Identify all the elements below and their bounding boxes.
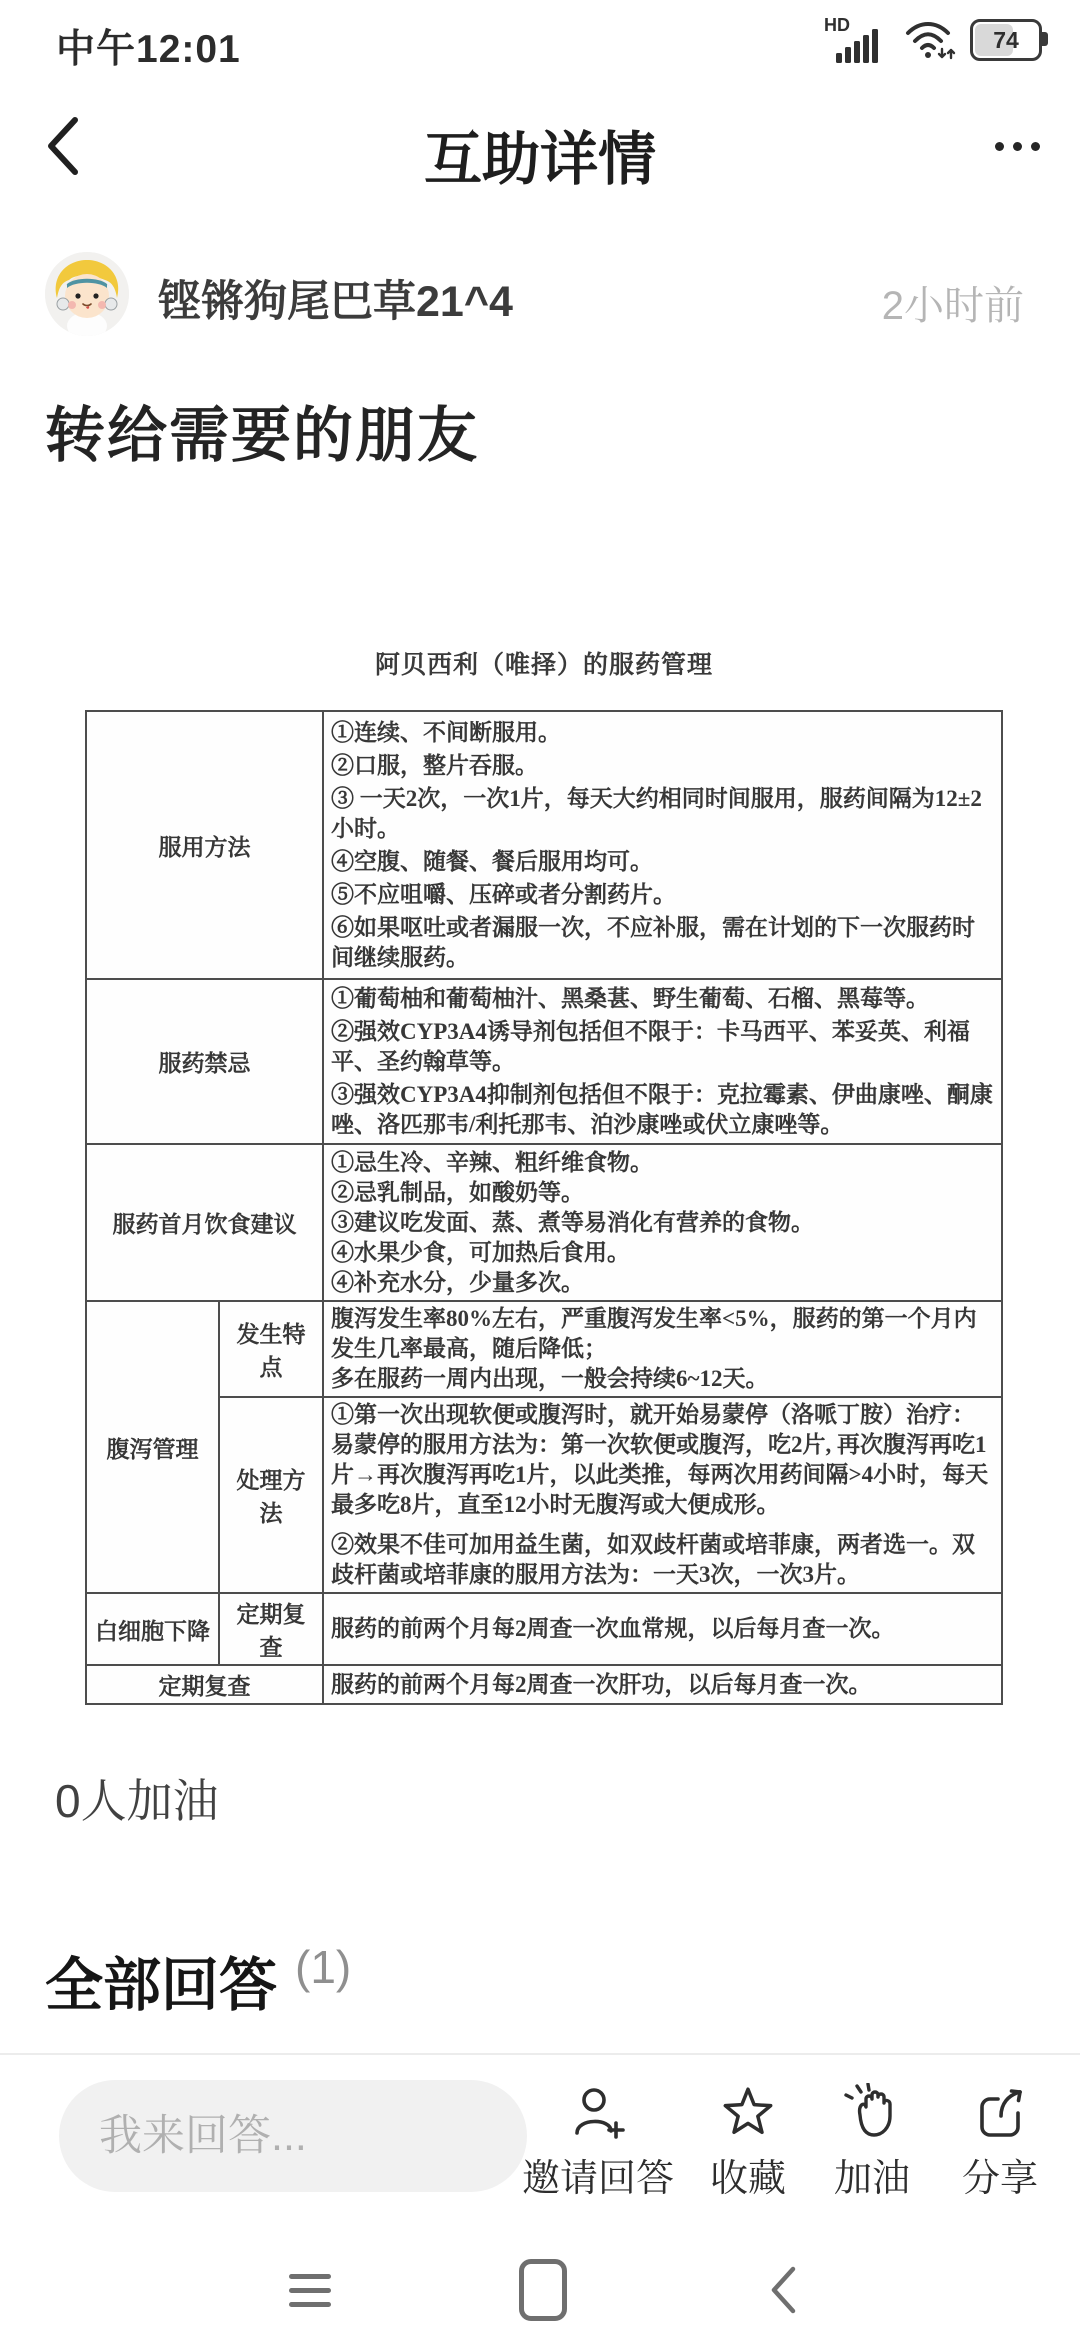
table-row: 定期复查 服药的前两个月每2周查一次肝功，以后每月查一次。 [86, 1665, 1002, 1704]
clap-icon [843, 2083, 901, 2141]
action-label: 加油 [834, 2147, 910, 2202]
answers-title: 全部回答 [45, 1938, 277, 2022]
cell-signal-icon: HD [824, 15, 890, 65]
more-options-button[interactable] [995, 136, 1040, 156]
ellipsis-icon [995, 142, 1004, 151]
row-content: 腹泻发生率80%左右，严重腹泻发生率<5%，服药的第一个月内发生几率最高，随后降… [331, 1304, 994, 1394]
cheer-button[interactable]: 加油 [832, 2083, 912, 2202]
cheer-count: 0人加油 [55, 1765, 219, 1831]
app-header: 互助详情 [0, 100, 1080, 192]
star-icon [719, 2083, 777, 2141]
row-content: 服药的前两个月每2周查一次肝功，以后每月查一次。 [331, 1670, 994, 1700]
table-row: 处理方法 ①第一次出现软便或腹泻时，就开始易蒙停（洛哌丁胺）治疗：易蒙停的服用方… [86, 1397, 1002, 1593]
chevron-left-icon [769, 2265, 797, 2315]
invite-answer-button[interactable]: 邀请回答 [520, 2083, 676, 2202]
nav-back-button[interactable] [723, 2240, 843, 2340]
row-content: 服药的前两个月每2周查一次血常规，以后每月查一次。 [331, 1614, 994, 1644]
table-row: 服用方法 ①连续、不间断服用。②口服，整片吞服。③ 一天2次，一次1片，每天大约… [86, 711, 1002, 979]
medication-table: 服用方法 ①连续、不间断服用。②口服，整片吞服。③ 一天2次，一次1片，每天大约… [85, 710, 1003, 1705]
table-row: 白细胞下降 定期复查 服药的前两个月每2周查一次血常规，以后每月查一次。 [86, 1593, 1002, 1665]
row-sub-label: 处理方法 [219, 1397, 323, 1593]
row-sub-label: 定期复查 [219, 1593, 323, 1665]
avatar-girl-image [45, 252, 129, 336]
row-label: 服药首月饮食建议 [86, 1144, 323, 1301]
action-label: 邀请回答 [522, 2147, 674, 2202]
answer-input[interactable] [59, 2080, 527, 2192]
post-timestamp: 2小时前 [882, 274, 1024, 331]
post-image-medication-table[interactable]: 阿贝西利（唯择）的服药管理 服用方法 ①连续、不间断服用。②口服，整片吞服。③ … [0, 620, 1080, 1690]
table-row: 腹泻管理 发生特点 腹泻发生率80%左右，严重腹泻发生率<5%，服药的第一个月内… [86, 1301, 1002, 1397]
action-label: 收藏 [710, 2147, 786, 2202]
favorite-button[interactable]: 收藏 [708, 2083, 788, 2202]
row-label: 服用方法 [86, 711, 323, 979]
row-content: ①葡萄柚和葡萄柚汁、黑桑葚、野生葡萄、石榴、黑莓等。②强效CYP3A4诱导剂包括… [331, 984, 994, 1140]
battery-nub [1042, 32, 1048, 46]
bottom-action-bar: 邀请回答 收藏 加油 分享 [0, 2053, 1080, 2215]
avatar[interactable] [45, 252, 129, 336]
page-title: 互助详情 [0, 112, 1080, 196]
status-icons: HD 74 [824, 14, 1042, 66]
share-icon [971, 2083, 1029, 2141]
answers-count: (1) [295, 1940, 351, 1994]
row-label: 白细胞下降 [86, 1593, 219, 1665]
rounded-square-icon [519, 2259, 567, 2321]
row-label: 定期复查 [86, 1665, 323, 1704]
table-row: 服药禁忌 ①葡萄柚和葡萄柚汁、黑桑葚、野生葡萄、石榴、黑莓等。②强效CYP3A4… [86, 979, 1002, 1144]
answers-header: 全部回答 (1) [45, 1938, 351, 2022]
battery-percent: 74 [993, 27, 1019, 54]
person-add-icon [569, 2083, 627, 2141]
status-bar: 中午12:01 HD [0, 12, 1080, 64]
table-row: 服药首月饮食建议 ①忌生冷、辛辣、粗纤维食物。②忌乳制品，如酸奶等。③建议吃发面… [86, 1144, 1002, 1301]
hd-label: HD [824, 15, 850, 35]
action-label: 分享 [962, 2147, 1038, 2202]
battery-icon: 74 [970, 19, 1042, 61]
table-title: 阿贝西利（唯择）的服药管理 [85, 645, 1003, 681]
wifi-icon [904, 17, 956, 63]
row-content: ①第一次出现软便或腹泻时，就开始易蒙停（洛哌丁胺）治疗：易蒙停的服用方法为：第一… [331, 1400, 994, 1590]
home-button[interactable] [483, 2240, 603, 2340]
app-screen: 中午12:01 HD [0, 0, 1080, 2340]
hamburger-icon [289, 2274, 331, 2307]
row-label: 服药禁忌 [86, 979, 323, 1144]
post-content-text: 转给需要的朋友 [45, 388, 479, 474]
clock: 中午12:01 [56, 18, 241, 74]
row-group-label: 腹泻管理 [86, 1301, 219, 1593]
author-name[interactable]: 铿锵狗尾巴草21^4 [158, 268, 513, 329]
row-sub-label: 发生特点 [219, 1301, 323, 1397]
row-content: ①忌生冷、辛辣、粗纤维食物。②忌乳制品，如酸奶等。③建议吃发面、蒸、煮等易消化有… [331, 1148, 994, 1298]
recents-button[interactable] [250, 2240, 370, 2340]
system-nav-bar [0, 2240, 1080, 2340]
share-button[interactable]: 分享 [960, 2083, 1040, 2202]
row-content: ①连续、不间断服用。②口服，整片吞服。③ 一天2次，一次1片，每天大约相同时间服… [331, 718, 994, 973]
